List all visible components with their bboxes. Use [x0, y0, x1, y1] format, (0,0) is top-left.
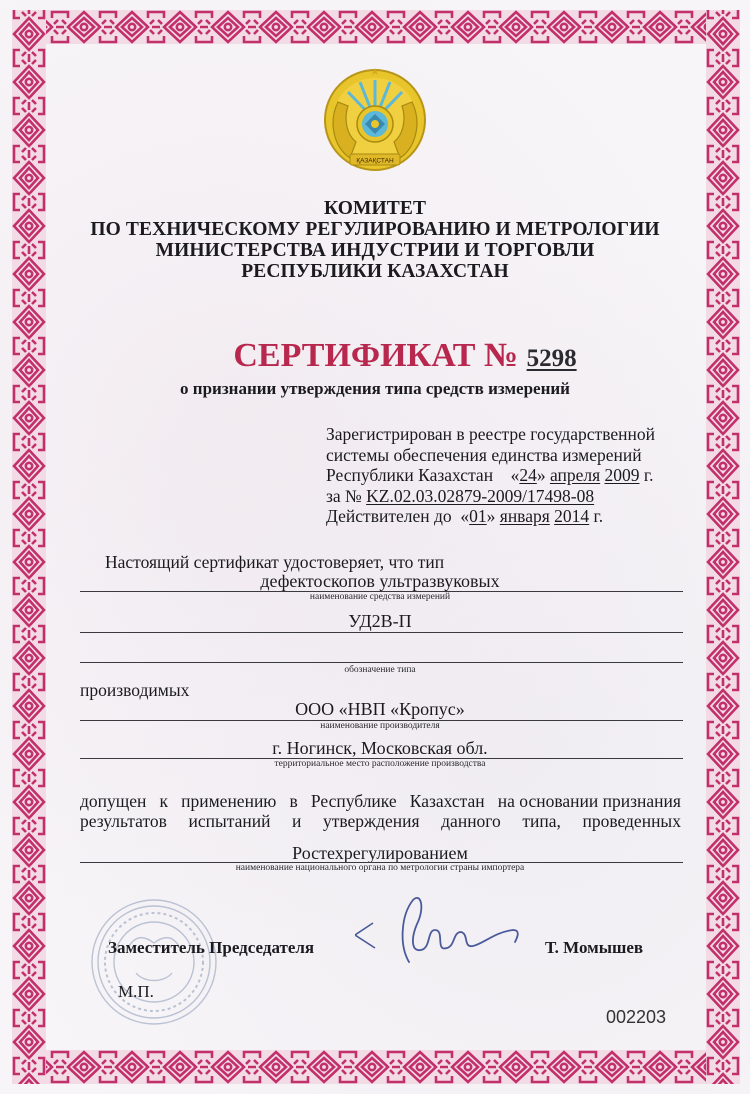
type-designation-hint: обозначение типа: [80, 665, 680, 676]
quote-open: «: [511, 465, 520, 485]
year-suffix: г.: [644, 465, 654, 485]
registration-year: 2009: [605, 465, 640, 485]
certificate-subtitle: о признании утверждения типа средств изм…: [60, 379, 690, 399]
word: допущен: [80, 791, 146, 811]
word: результатов: [80, 811, 167, 831]
authority-hint: наименование национального органа по мет…: [80, 863, 680, 874]
issuer-line: ПО ТЕХНИЧЕСКОМУ РЕГУЛИРОВАНИЮ И МЕТРОЛОГ…: [60, 219, 690, 240]
word: на основании признания: [498, 791, 681, 811]
manufacturer-hint: наименование производителя: [80, 721, 680, 732]
certificate-title: СЕРТИФИКАТ № 5298: [60, 337, 690, 378]
word: Республике: [311, 791, 397, 811]
quote-close: »: [537, 465, 546, 485]
production-location: г. Ногинск, Московская обл.: [80, 738, 680, 758]
issuer-heading: КОМИТЕТ ПО ТЕХНИЧЕСКОМУ РЕГУЛИРОВАНИЮ И …: [60, 198, 690, 282]
signer-position: Заместитель Председателя: [108, 938, 314, 958]
rule-line: [80, 632, 683, 633]
word: утверждения: [323, 811, 420, 831]
ornament-border-bottom: [12, 1050, 740, 1084]
issuer-line: КОМИТЕТ: [60, 198, 690, 219]
official-seal-stamp-icon: [88, 893, 220, 1031]
ornament-border-left: [12, 10, 46, 1084]
registration-number: KZ.02.03.02879-2009/17498-08: [366, 486, 594, 506]
word: применению: [181, 791, 276, 811]
registration-number-prefix: за №: [326, 486, 362, 506]
certificate-intro: Настоящий сертификат удостоверяет, что т…: [105, 552, 444, 572]
certificate-number: 5298: [527, 345, 577, 372]
number-sign: №: [484, 337, 518, 374]
instrument-name: дефектоскопов ультразвуковых: [80, 571, 680, 591]
approving-authority: Ростехрегулированием: [80, 843, 680, 863]
seal-place-label: М.П.: [118, 982, 154, 1002]
word: Казахстан: [410, 791, 485, 811]
validity-month: января: [500, 506, 550, 526]
registration-line: системы обеспечения единства измерений: [326, 445, 706, 466]
quote-close: »: [487, 506, 496, 526]
location-hint: территориальное место расположение произ…: [80, 759, 680, 770]
produced-label: производимых: [80, 680, 189, 700]
validity-prefix: Действителен до: [326, 506, 452, 526]
issuer-line: РЕСПУБЛИКИ КАЗАХСТАН: [60, 261, 690, 282]
year-suffix: г.: [594, 506, 604, 526]
word: данного: [441, 811, 501, 831]
manufacturer-name: ООО «НВП «Кропус»: [80, 699, 680, 719]
approval-line-1: допущен к применению в Республике Казахс…: [80, 791, 681, 811]
registration-country: Республики Казахстан: [326, 465, 493, 485]
word: испытаний: [188, 811, 270, 831]
registration-block: Зарегистрирован в реестре государственно…: [326, 424, 706, 527]
rule-line: [80, 662, 683, 663]
signer-name: Т. Момышев: [545, 938, 643, 958]
validity-day: 01: [469, 506, 487, 526]
word: типа,: [522, 811, 561, 831]
issuer-line: МИНИСТЕРСТВА ИНДУСТРИИ И ТОРГОВЛИ: [60, 240, 690, 261]
word: к: [160, 791, 169, 811]
kazakhstan-state-emblem-icon: ҚАЗАҚСТАН: [320, 62, 430, 180]
registration-date-line: Республики Казахстан «24» апреля 2009 г.: [326, 465, 706, 486]
quote-open: «: [460, 506, 469, 526]
word: в: [290, 791, 298, 811]
registration-day: 24: [519, 465, 537, 485]
ornament-border-top: [12, 10, 740, 44]
word: и: [292, 811, 301, 831]
validity-line: Действителен до «01» января 2014 г.: [326, 506, 706, 527]
serial-number: 002203: [606, 1007, 666, 1028]
approval-line-2: результатов испытаний и утверждения данн…: [80, 811, 681, 831]
certificate-word: СЕРТИФИКАТ: [233, 337, 475, 374]
word: проведенных: [582, 811, 680, 831]
handwritten-signature-icon: [355, 890, 545, 980]
registration-month: апреля: [550, 465, 600, 485]
svg-text:ҚАЗАҚСТАН: ҚАЗАҚСТАН: [356, 158, 394, 165]
type-designation: УД2В-П: [80, 611, 680, 631]
validity-year: 2014: [554, 506, 589, 526]
ornament-border-right: [706, 10, 740, 1084]
registration-number-line: за № KZ.02.03.02879-2009/17498-08: [326, 486, 706, 507]
instrument-name-hint: наименование средства измерений: [80, 592, 680, 603]
registration-line: Зарегистрирован в реестре государственно…: [326, 424, 706, 445]
